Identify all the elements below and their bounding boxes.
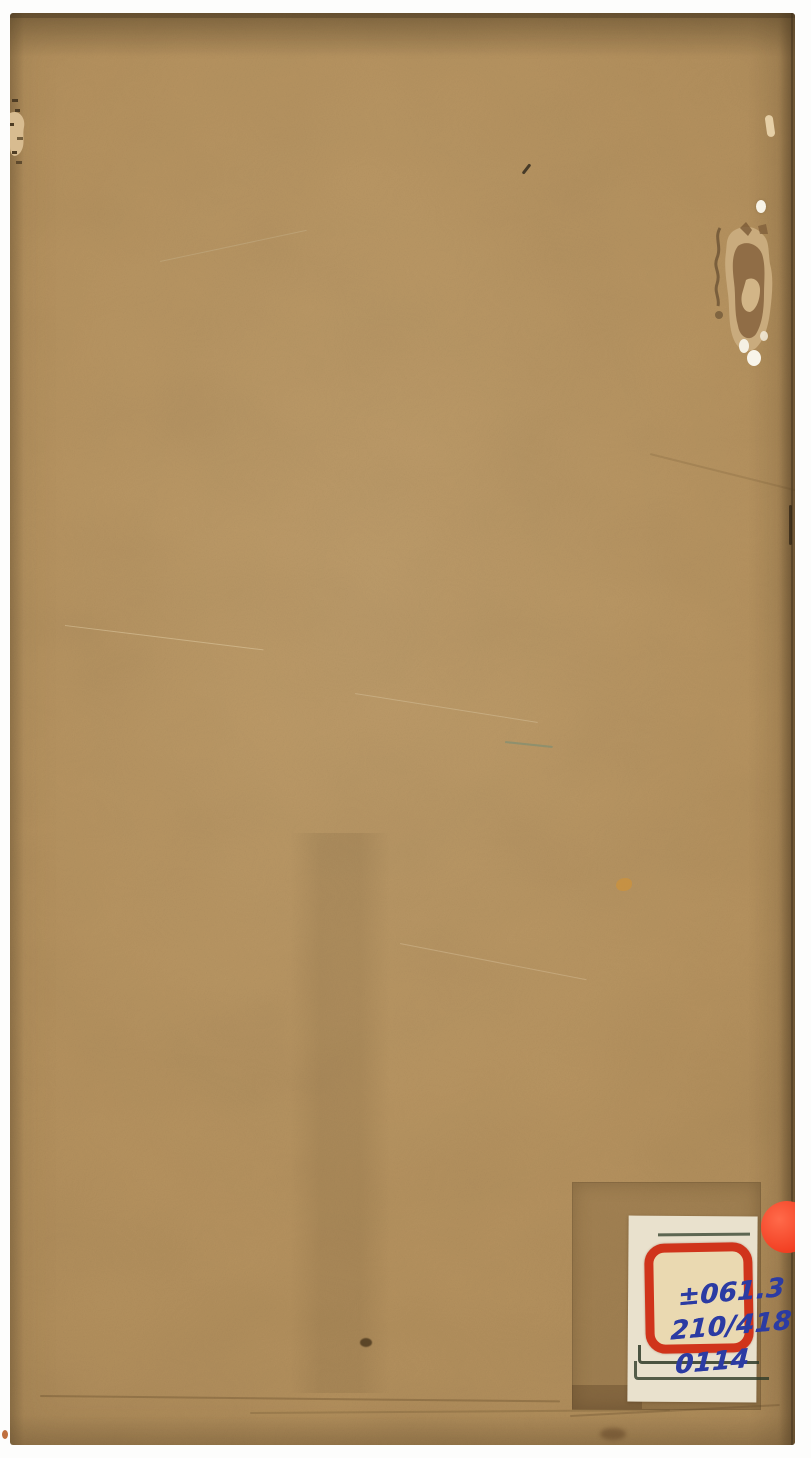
scratch-mark <box>400 943 587 980</box>
scanner-background: ±061.3 210/418 0114 <box>0 0 811 1458</box>
call-number-line-2: 210/418 <box>670 1306 793 1347</box>
crease-line <box>40 1395 560 1402</box>
corner-fleck <box>2 1430 8 1439</box>
stain-spot <box>616 878 632 891</box>
call-number-label: ±061.3 210/418 0114 <box>644 1242 754 1354</box>
scratch-mark <box>355 693 538 723</box>
call-number-line-1: ±061.3 <box>677 1273 785 1313</box>
crease-line <box>650 453 795 491</box>
peeled-patch <box>712 218 780 368</box>
book-cover: ±061.3 210/418 0114 <box>10 13 795 1445</box>
wear-streak <box>290 833 390 1393</box>
scratch-mark <box>160 230 307 262</box>
scuff-mark <box>765 115 776 138</box>
smudge-mark <box>600 1428 626 1440</box>
edge-crack <box>789 505 792 545</box>
ink-speck <box>522 163 532 174</box>
edge-damage <box>10 95 36 167</box>
dark-speck <box>360 1338 372 1347</box>
cover-top-shadow <box>10 13 795 18</box>
teal-scratch-mark <box>505 741 553 748</box>
small-hole <box>756 200 766 213</box>
red-dot-sticker <box>761 1201 795 1253</box>
scratch-mark <box>65 625 264 650</box>
